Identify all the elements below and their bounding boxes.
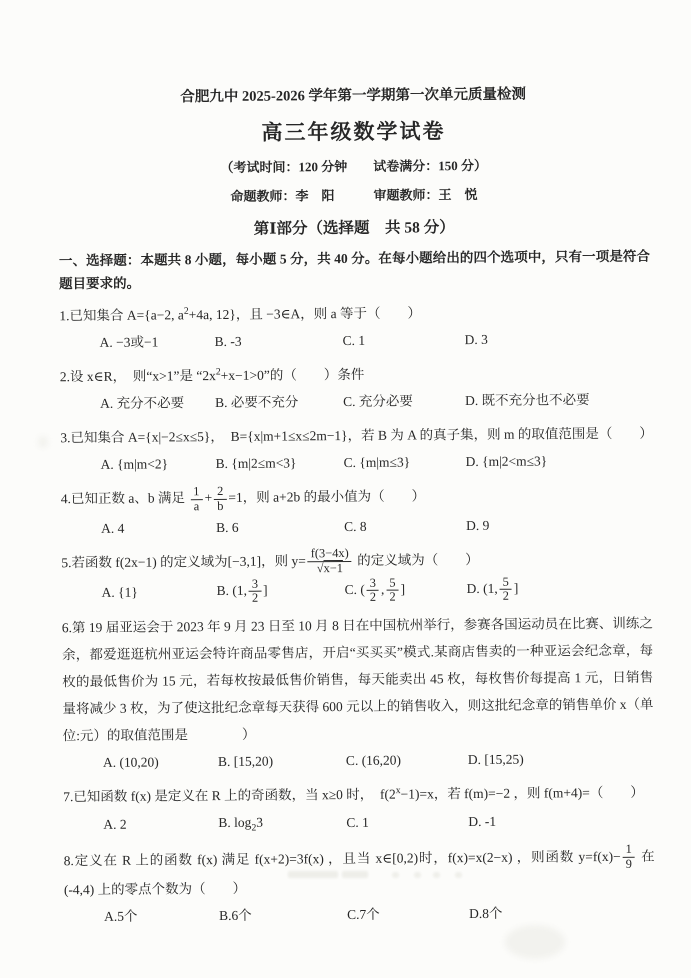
option-row: A. {1} B. (1,32] C. (32,52] D. (1,52] bbox=[61, 574, 652, 608]
exam-session-title: 合肥九中 2025-2026 学年第一学期第一次单元质量检测 bbox=[58, 82, 649, 108]
scan-smudge-blob bbox=[505, 925, 565, 959]
question-stem: 6.第 19 届亚运会于 2023 年 9 月 23 日至 10 月 8 日在中… bbox=[62, 610, 654, 750]
question-option: B.6个 bbox=[219, 901, 347, 929]
option-row: A. 充分不必要 B. 必要不充分 C. 充分必要 D. 既不充分也不必要 bbox=[60, 386, 651, 418]
question-option: B. {m|2≤m<3} bbox=[215, 449, 343, 477]
scan-smudge-bar-1 bbox=[288, 871, 338, 878]
question-option: B. 必要不充分 bbox=[215, 388, 343, 416]
question-block: 6.第 19 届亚运会于 2023 年 9 月 23 日至 10 月 8 日在中… bbox=[62, 610, 654, 777]
question-stem: 5.若函数 f(2x−1) 的定义域为[−3,1]，则 y=f(3−4x)√x−… bbox=[61, 544, 652, 578]
exam-page: 合肥九中 2025-2026 学年第一学期第一次单元质量检测 高三年级数学试卷 … bbox=[0, 0, 691, 978]
option-row: A. 4 B. 6 C. 8 D. 9 bbox=[61, 510, 652, 542]
option-row: A. −3或−1 B. -3 C. 1 D. 3 bbox=[60, 325, 651, 357]
option-row: A.5个 B.6个 C.7个 D.8个 bbox=[64, 898, 655, 930]
question-option: D. [15,25) bbox=[468, 745, 654, 773]
question-option: A. 充分不必要 bbox=[100, 389, 215, 417]
question-option: B. (1,32] bbox=[216, 576, 344, 606]
paper-title: 高三年级数学试卷 bbox=[58, 114, 649, 149]
question-list: 1.已知集合 A={a−2, a2+4a, 12}，且 −3∈A，则 a 等于（… bbox=[59, 298, 655, 930]
option-row: A. 2 B. log23 C. 1 D. -1 bbox=[63, 806, 654, 840]
question-option: B. log23 bbox=[218, 808, 346, 838]
question-option: C. 1 bbox=[342, 327, 464, 355]
scan-smudge-dot-4 bbox=[455, 872, 462, 878]
question-block: 5.若函数 f(2x−1) 的定义域为[−3,1]，则 y=f(3−4x)√x−… bbox=[61, 544, 652, 607]
question-option: D. {m|2<m≤3} bbox=[465, 447, 651, 475]
scan-smudge-bar-2 bbox=[342, 871, 368, 878]
question-option: D. 既不充分也不必要 bbox=[465, 386, 651, 414]
question-option: D.8个 bbox=[469, 898, 655, 926]
question-block: 4.已知正数 a、b 满足 1a+2b=1，则 a+2b 的最小值为（ ） A.… bbox=[61, 481, 652, 542]
exam-info: （考试时间：120 分钟 试卷满分：150 分） bbox=[58, 154, 649, 178]
scan-smudge-dot-2 bbox=[414, 872, 421, 878]
question-block: 3.已知集合 A={x|−2≤x≤5}， B={x|m+1≤x≤2m−1}，若 … bbox=[60, 420, 651, 479]
part-heading: 第Ⅰ部分（选择题 共 58 分） bbox=[59, 214, 650, 241]
option-row: A. {m|m<2} B. {m|2≤m<3} C. {m|m≤3} D. {m… bbox=[60, 447, 651, 479]
question-option: A. {1} bbox=[101, 578, 216, 606]
question-option: C.7个 bbox=[347, 900, 469, 928]
question-block: 8.定义在 R 上的函数 f(x) 满足 f(x+2)=3f(x) ，且当 x∈… bbox=[64, 842, 656, 930]
question-option: B. [15,20) bbox=[218, 747, 346, 775]
question-option: A. (10,20) bbox=[103, 748, 218, 776]
question-option: D. (1,52] bbox=[466, 574, 652, 605]
question-option: C. 8 bbox=[344, 512, 466, 540]
section-instructions: 一、选择题：本题共 8 小题，每小题 5 分，共 40 分。在每小题给出的四个选… bbox=[59, 245, 650, 296]
question-option: A. {m|m<2} bbox=[100, 450, 215, 478]
question-stem: 7.已知函数 f(x) 是定义在 R 上的奇函数，当 x≥0 时， f(2x−1… bbox=[63, 779, 654, 811]
question-option: C. (16,20) bbox=[346, 746, 468, 774]
question-option: C. 1 bbox=[346, 808, 468, 836]
page-content: 合肥九中 2025-2026 学年第一学期第一次单元质量检测 高三年级数学试卷 … bbox=[0, 0, 691, 978]
question-option: D. 3 bbox=[464, 325, 650, 353]
question-option: D. -1 bbox=[468, 807, 654, 835]
scan-smudge-left-edge bbox=[38, 436, 48, 448]
scan-smudge-dot-1 bbox=[392, 872, 399, 878]
question-stem: 4.已知正数 a、b 满足 1a+2b=1，则 a+2b 的最小值为（ ） bbox=[61, 481, 652, 515]
question-option: A. −3或−1 bbox=[100, 328, 215, 356]
question-block: 2.设 x∈R， 则“x>1”是 “2x2+x−1>0”的（ ）条件 A. 充分… bbox=[60, 359, 651, 418]
question-option: A.5个 bbox=[104, 902, 219, 930]
question-option: A. 4 bbox=[101, 514, 216, 542]
question-option: C. (32,52] bbox=[344, 575, 466, 605]
scan-smudge-dot-3 bbox=[433, 872, 440, 878]
question-option: A. 2 bbox=[103, 810, 218, 838]
question-option: B. -3 bbox=[215, 327, 343, 355]
question-block: 7.已知函数 f(x) 是定义在 R 上的奇函数，当 x≥0 时， f(2x−1… bbox=[63, 779, 654, 840]
question-option: B. 6 bbox=[216, 513, 344, 541]
option-row: A. (10,20) B. [15,20) C. (16,20) D. [15,… bbox=[63, 745, 654, 777]
question-block: 1.已知集合 A={a−2, a2+4a, 12}，且 −3∈A，则 a 等于（… bbox=[59, 298, 650, 357]
question-option: C. 充分必要 bbox=[343, 387, 465, 415]
question-option: D. 9 bbox=[466, 510, 652, 538]
question-option: C. {m|m≤3} bbox=[343, 448, 465, 476]
teacher-info: 命题教师：李 阳 审题教师：王 悦 bbox=[58, 183, 649, 207]
